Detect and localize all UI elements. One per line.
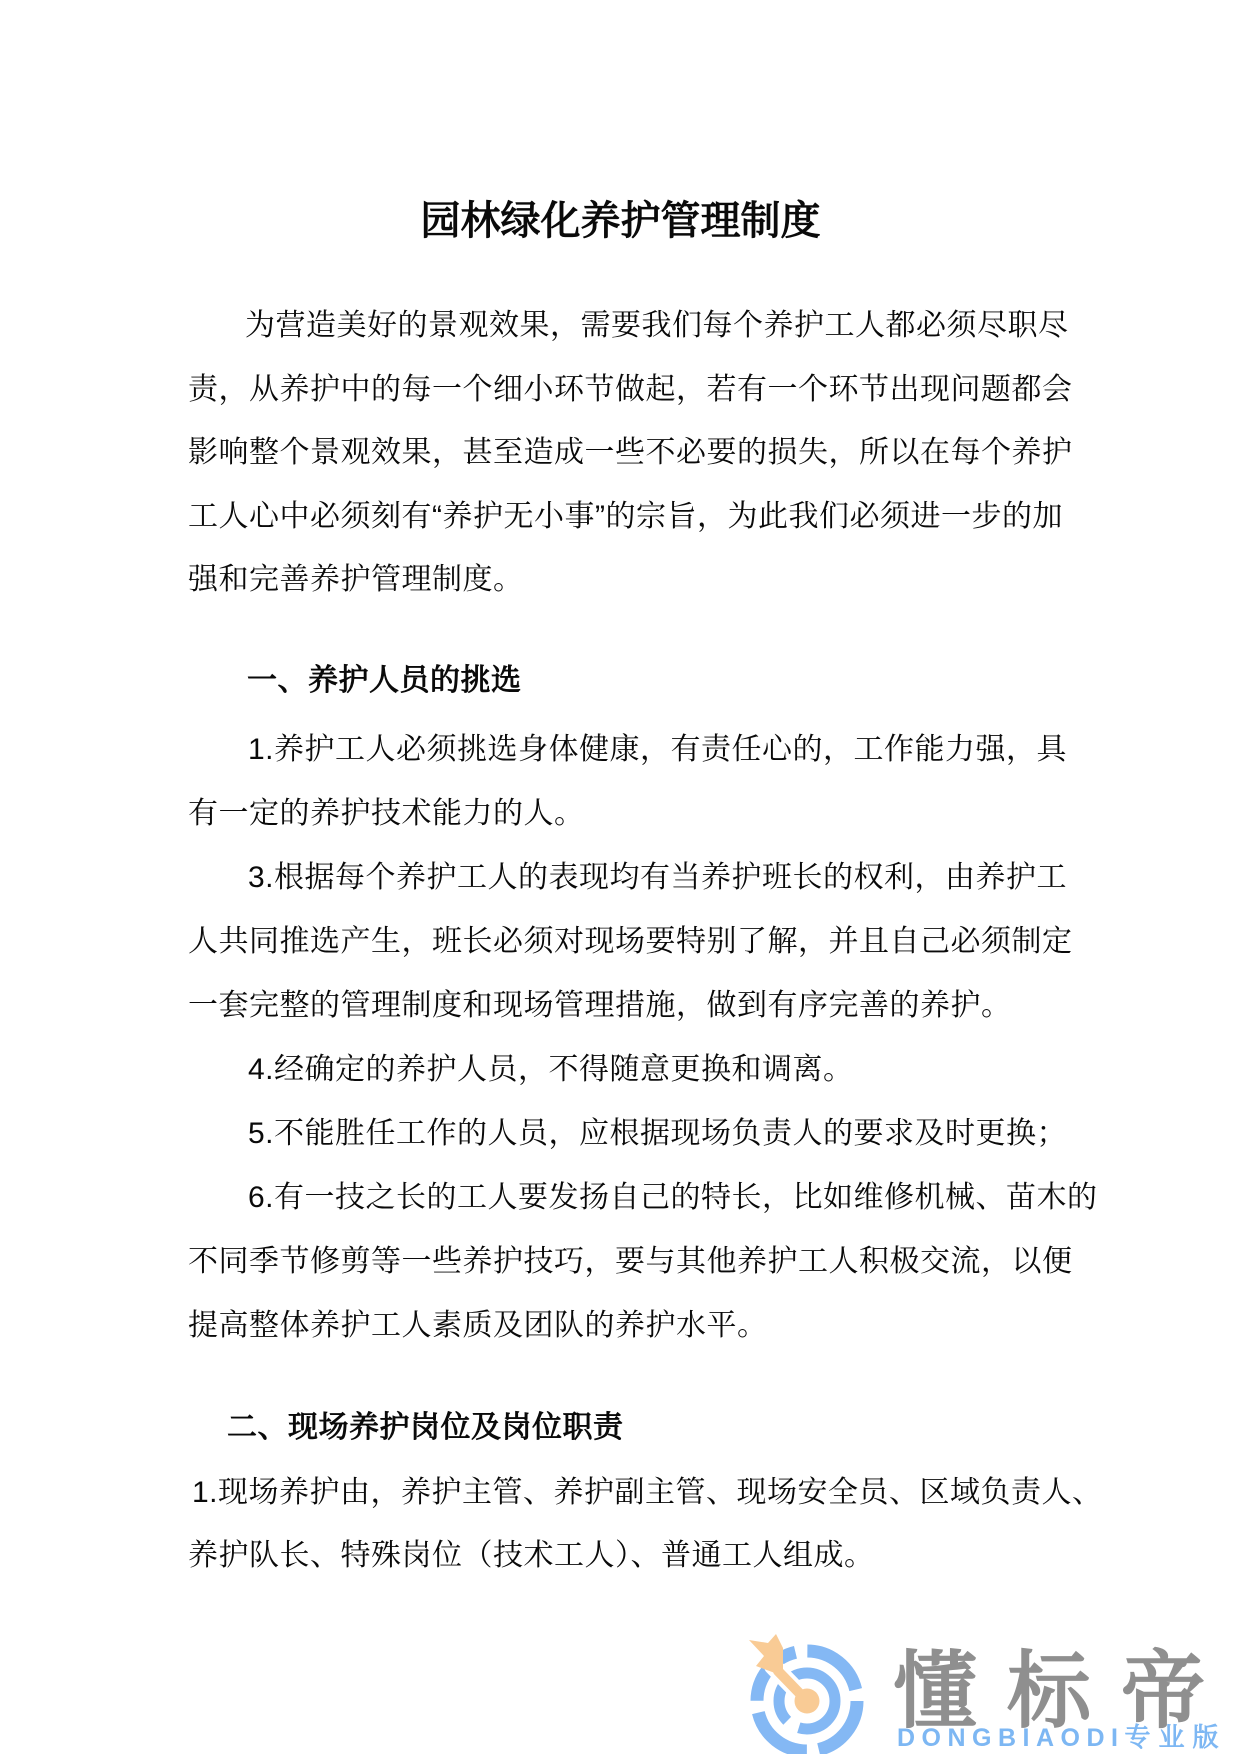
text-line: 强和完善养护管理制度。	[188, 563, 524, 598]
text-line: 4.经确定的养护人员，不得随意更换和调离。	[248, 1053, 854, 1088]
text-line: 责，从养护中的每一个细小环节做起，若有一个环节出现问题都会	[188, 373, 1047, 408]
text-line: 影响整个景观效果，甚至造成一些不必要的损失，所以在每个养护	[188, 436, 1047, 471]
brand-name-cn: 懂标帝	[893, 1649, 1235, 1733]
text-line: 提高整体养护工人素质及团队的养护水平。	[188, 1309, 768, 1344]
brand-edition: 专业版	[1125, 1722, 1227, 1752]
text-line: 有一定的养护技术能力的人。	[188, 797, 585, 832]
text-line: 3.根据每个养护工人的表现均有当养护班长的权利，由养护工	[248, 861, 1047, 896]
text-line: 1.养护工人必须挑选身体健康，有责任心的，工作能力强，具	[248, 733, 1047, 768]
target-dart-icon	[745, 1631, 871, 1754]
text-line: 不同季节修剪等一些养护技巧，要与其他养护工人积极交流，以便	[188, 1245, 1047, 1280]
text-line: 人共同推选产生，班长必须对现场要特别了解，并且自己必须制定	[188, 925, 1047, 960]
section-heading: 二、现场养护岗位及岗位职责	[227, 1411, 624, 1446]
text-line: 5.不能胜任工作的人员，应根据现场负责人的要求及时更换；	[248, 1117, 1067, 1152]
text-line: 工人心中必须刻有“养护无小事”的宗旨，为此我们必须进一步的加	[188, 500, 1047, 535]
text-line: 1.现场养护由，养护主管、养护副主管、现场安全员、区域负责人、	[192, 1476, 1060, 1511]
text-line: 为营造美好的景观效果，需要我们每个养护工人都必须尽职尽	[245, 309, 1047, 344]
document-page: 园林绿化养护管理制度 为营造美好的景观效果，需要我们每个养护工人都必须尽职尽责，…	[0, 0, 1241, 1754]
section-heading: 一、养护人员的挑选	[247, 664, 522, 699]
brand-line-en: DONGBIAODI专业版	[897, 1724, 1227, 1751]
text-line: 一套完整的管理制度和现场管理措施，做到有序完善的养护。	[188, 989, 1012, 1024]
document-title: 园林绿化养护管理制度	[0, 198, 1241, 244]
text-line: 6.有一技之长的工人要发扬自己的特长，比如维修机械、苗木的	[248, 1181, 1047, 1216]
brand-name-en: DONGBIAODI	[897, 1724, 1125, 1752]
text-line: 养护队长、特殊岗位（技术工人）、普通工人组成。	[188, 1539, 875, 1574]
